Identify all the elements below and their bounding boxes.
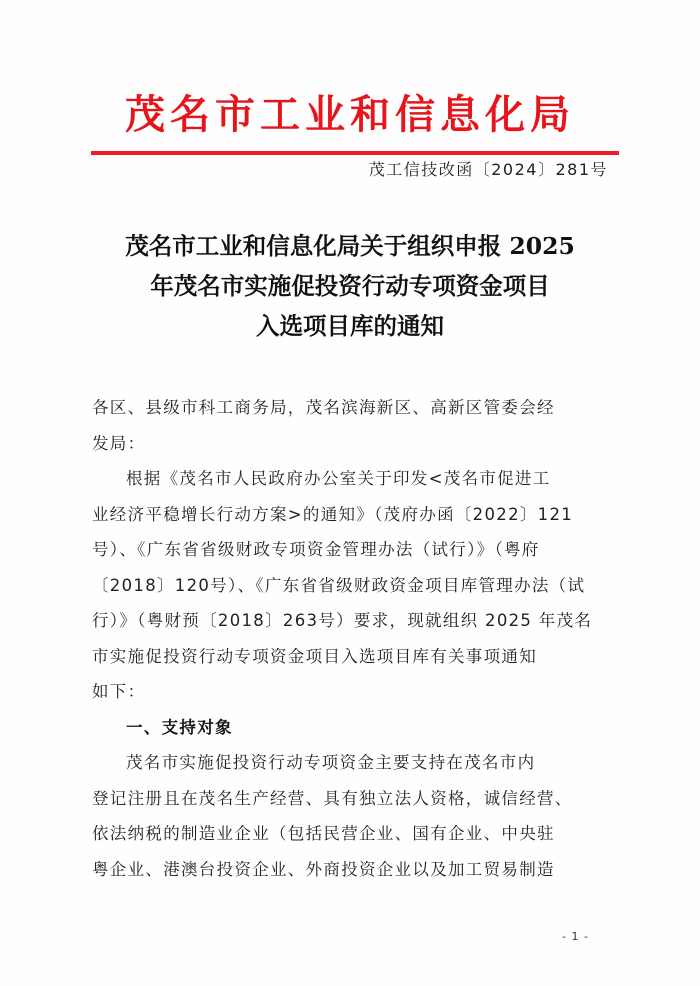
- document-body: 各区、县级市科工商务局，茂名滨海新区、高新区管委会经 发局： 根据《茂名市人民政…: [92, 390, 608, 887]
- body-paragraph-line: 行）》（粤财预〔2018〕263号）要求，现就组织 2025 年茂名: [92, 603, 608, 639]
- body-paragraph-line: 登记注册且在茂名生产经营、具有独立法人资格，诚信经营、: [92, 781, 608, 817]
- body-paragraph-line: 如下：: [92, 674, 608, 710]
- addressee-line: 发局：: [92, 426, 608, 462]
- title-line: 茂名市工业和信息化局关于组织申报 2025: [90, 226, 610, 266]
- page-number: - 1 -: [562, 930, 589, 943]
- section-heading: 一、支持对象: [92, 710, 608, 746]
- body-paragraph-line: 依法纳税的制造业企业（包括民营企业、国有企业、中央驻: [92, 816, 608, 852]
- document-page: 茂名市工业和信息化局 茂工信技改函〔2024〕281号 茂名市工业和信息化局关于…: [0, 0, 700, 986]
- body-paragraph-line: 市实施促投资行动专项资金项目入选项目库有关事项通知: [92, 639, 608, 675]
- masthead-organization-name: 茂名市工业和信息化局: [0, 88, 700, 142]
- title-line: 年茂名市实施促投资行动专项资金项目: [90, 266, 610, 306]
- addressee-line: 各区、县级市科工商务局，茂名滨海新区、高新区管委会经: [92, 390, 608, 426]
- body-paragraph-line: 根据《茂名市人民政府办公室关于印发<茂名市促进工: [92, 461, 608, 497]
- body-paragraph-line: 号）、《广东省省级财政专项资金管理办法（试行）》（粤府: [92, 532, 608, 568]
- body-paragraph-line: 茂名市实施促投资行动专项资金主要支持在茂名市内: [92, 745, 608, 781]
- title-line: 入选项目库的通知: [90, 306, 610, 346]
- body-paragraph-line: 〔2018〕120号）、《广东省省级财政资金项目库管理办法（试: [92, 568, 608, 604]
- masthead-red-rule: [91, 151, 619, 155]
- document-title: 茂名市工业和信息化局关于组织申报 2025 年茂名市实施促投资行动专项资金项目 …: [90, 226, 610, 346]
- document-number: 茂工信技改函〔2024〕281号: [369, 158, 608, 182]
- body-paragraph-line: 业经济平稳增长行动方案>的通知》（茂府办函〔2022〕121: [92, 497, 608, 533]
- body-paragraph-line: 粤企业、港澳台投资企业、外商投资企业以及加工贸易制造: [92, 852, 608, 888]
